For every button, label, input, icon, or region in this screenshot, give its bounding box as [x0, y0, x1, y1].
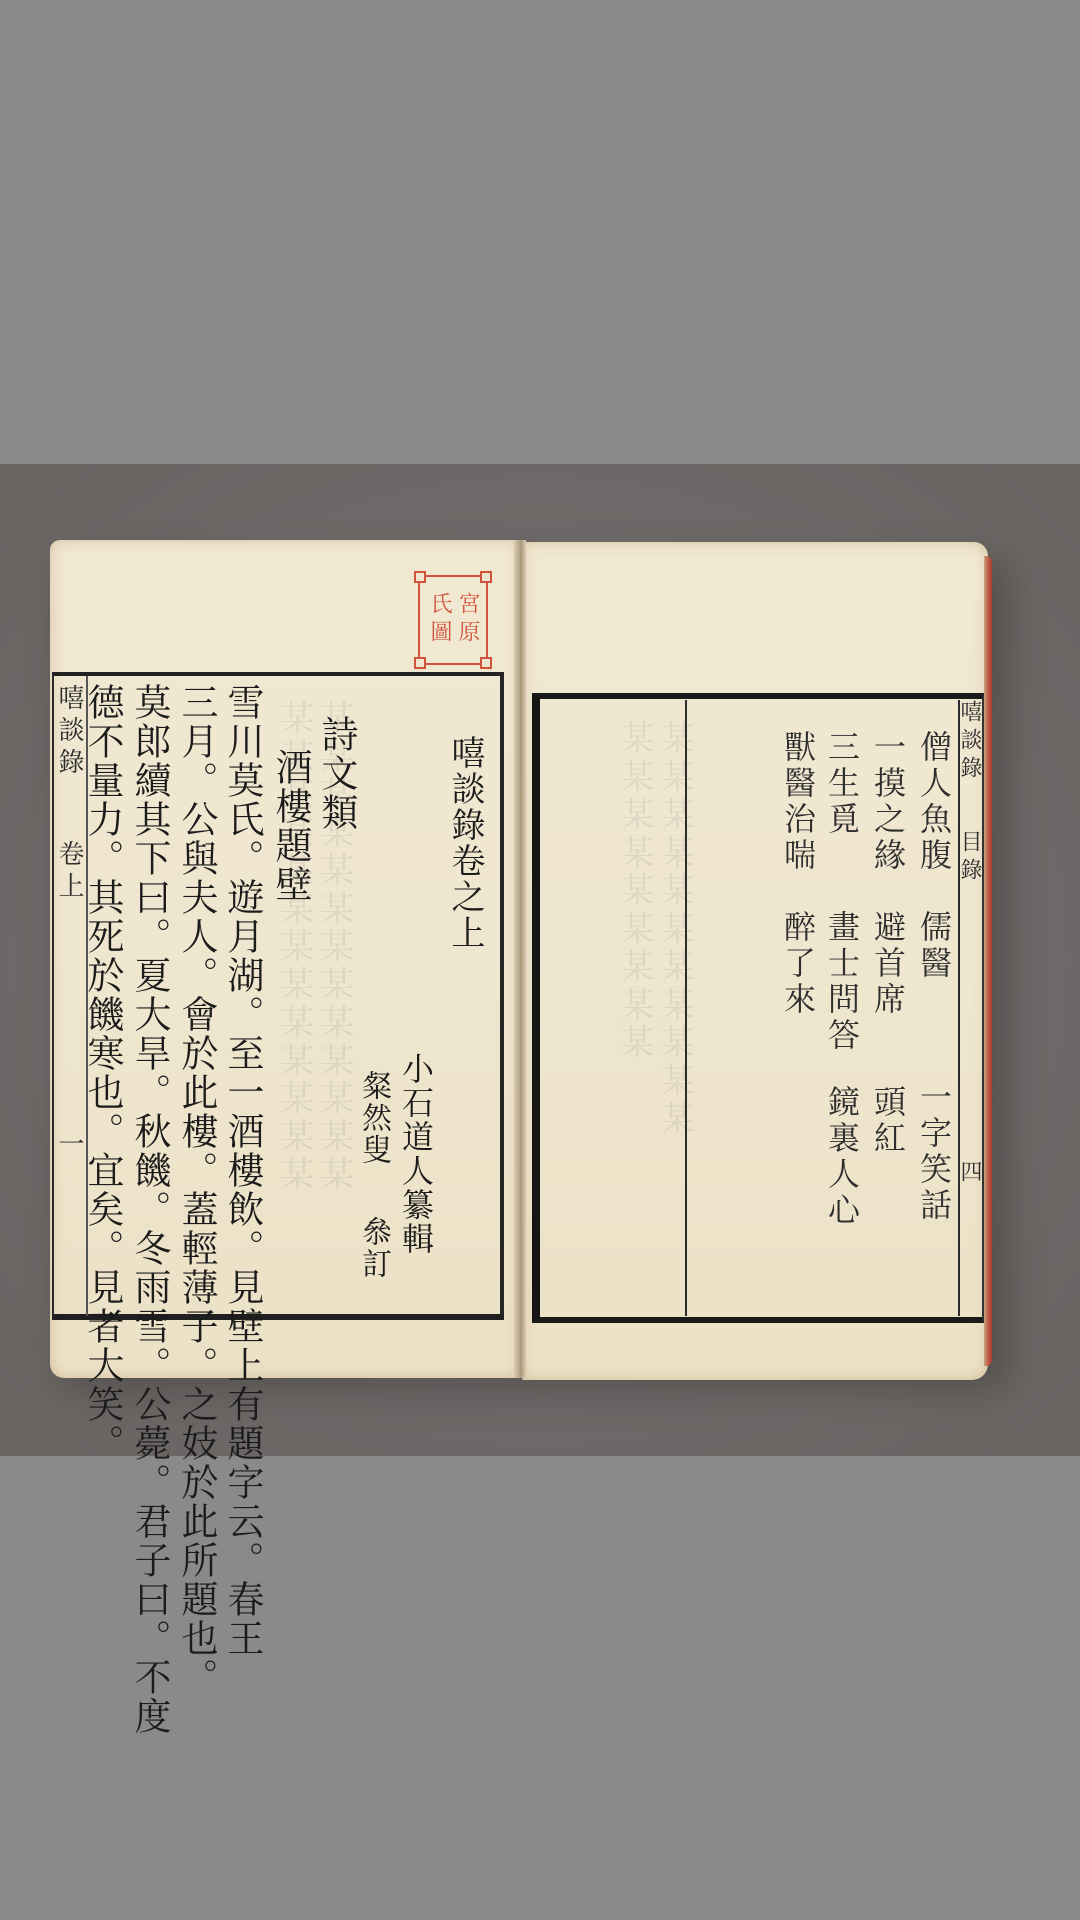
seal-text-left: 氏圖: [428, 592, 450, 648]
margin-volume: 卷上: [56, 840, 82, 904]
margin-column-rule: [958, 700, 960, 1316]
toc-entry: 頭紅: [872, 1085, 904, 1157]
editor-name: 粲然叟: [356, 1070, 391, 1166]
toc-entry: 鏡裏人心: [826, 1085, 858, 1229]
toc-entry: 畫士問答: [826, 910, 858, 1054]
body-column: 德不量力。其死於饑寒也。宜矣。見者大笑。: [84, 683, 121, 1463]
toc-entry: 一摸之緣: [872, 730, 904, 874]
editor-role: 叅訂: [356, 1216, 391, 1280]
compiler-line: 小石道人纂輯: [400, 1052, 432, 1256]
book-gutter: [514, 540, 526, 1378]
body-column: 三月。公與夫人。會於此樓。蓋輕薄子。之妓於此所題也。: [178, 683, 215, 1697]
margin-leaf-number: 四: [958, 1160, 980, 1188]
margin-title: 嘻談錄: [56, 684, 82, 780]
editor-line: 粲然叟 叅訂: [358, 1070, 388, 1280]
margin-title: 嘻談錄: [958, 700, 980, 784]
column-rule: [685, 700, 687, 1316]
toc-entry: 三生覓: [826, 730, 858, 838]
category-heading: 詩文類: [318, 715, 355, 832]
toc-entry: 儒醫: [918, 910, 950, 982]
toc-entry: 僧人魚腹: [918, 730, 950, 874]
story-title: 酒樓題壁: [272, 748, 309, 904]
margin-section: 目錄: [958, 830, 980, 886]
toc-entry: 避首席: [872, 910, 904, 1018]
body-column: 莫郎續其下曰。夏大旱。秋饑。冬雨雪。公薨。君子曰。不度: [131, 683, 168, 1736]
collector-seal: 宮原 氏圖: [418, 575, 488, 665]
seal-text-right: 宮原: [456, 592, 478, 648]
margin-leaf-number: 一: [56, 1130, 82, 1162]
toc-entry: 醉了來: [782, 910, 814, 1018]
toc-entry: 獸醫治喘: [782, 730, 814, 874]
body-column: 雪川莫氏。遊月湖。至一酒樓飲。見壁上有題字云。春王: [224, 683, 261, 1658]
volume-title: 嘻談錄卷之上: [448, 735, 482, 951]
toc-entry: 一字笑話: [918, 1080, 950, 1224]
fore-edge: [984, 556, 992, 1366]
